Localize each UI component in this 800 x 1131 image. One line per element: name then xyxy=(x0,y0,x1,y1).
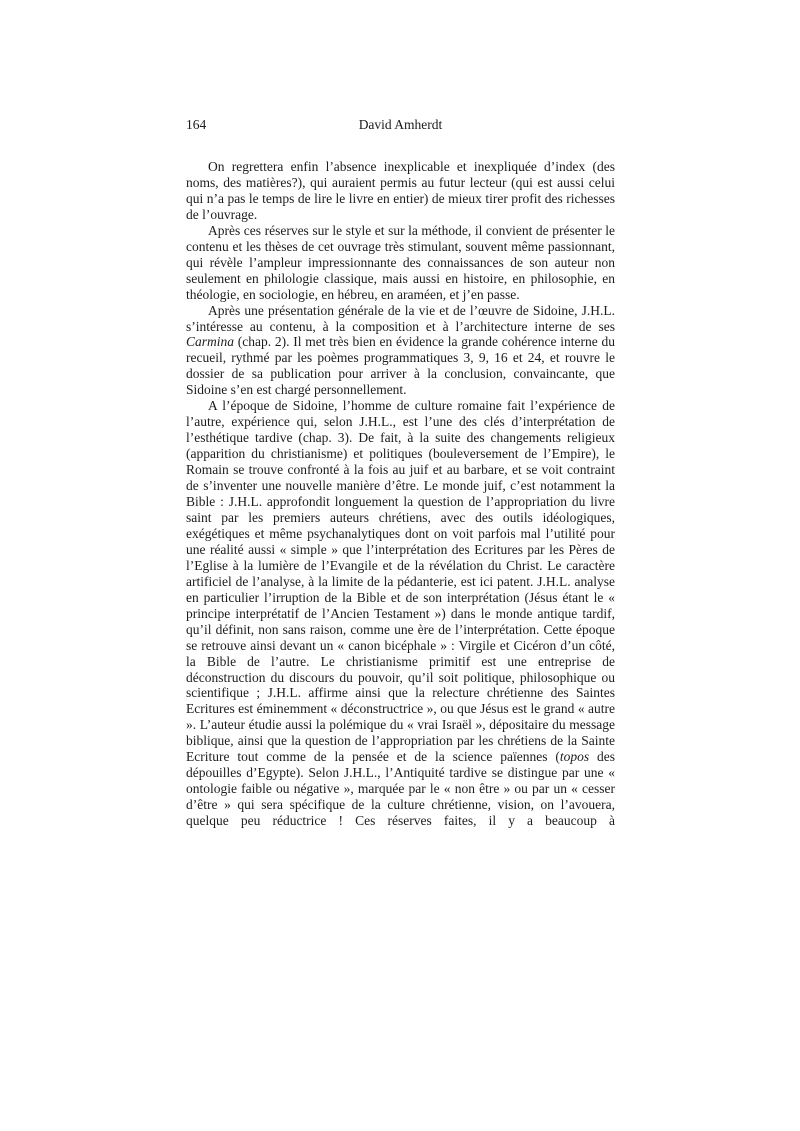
paragraph: On regrettera enfin l’absence inexplicab… xyxy=(186,159,615,223)
text-segment: Après ces réserves sur le style et sur l… xyxy=(186,223,615,302)
text-segment: Après une présentation générale de la vi… xyxy=(186,303,615,334)
paragraph: A l’époque de Sidoine, l’homme de cultur… xyxy=(186,398,615,829)
text-segment: (chap. 2). Il met très bien en évidence … xyxy=(186,334,615,397)
italic-text-segment: topos xyxy=(560,749,589,764)
document-page: 164 David Amherdt On regrettera enfin l’… xyxy=(0,0,800,1131)
italic-text-segment: Carmina xyxy=(186,334,234,349)
text-segment: On regrettera enfin l’absence inexplicab… xyxy=(186,159,615,222)
running-header-author: David Amherdt xyxy=(186,117,615,133)
paragraph: Après une présentation générale de la vi… xyxy=(186,303,615,399)
running-header: 164 David Amherdt xyxy=(186,117,615,133)
body-text: On regrettera enfin l’absence inexplicab… xyxy=(186,159,615,829)
paragraph: Après ces réserves sur le style et sur l… xyxy=(186,223,615,303)
page-number: 164 xyxy=(186,117,206,133)
text-segment: A l’époque de Sidoine, l’homme de cultur… xyxy=(186,398,615,764)
